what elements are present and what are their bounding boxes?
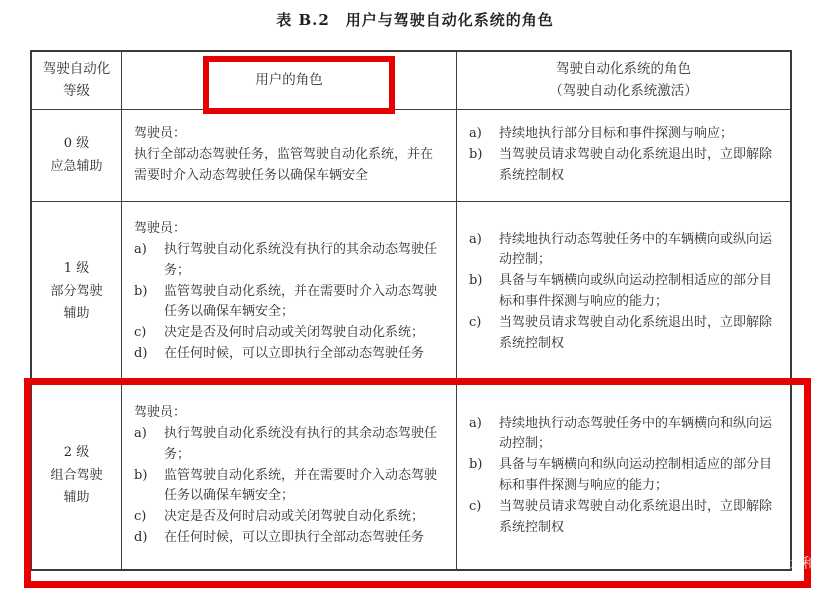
header-level-line1: 驾驶自动化 — [43, 59, 111, 81]
header-system-line1: 驾驶自动化系统的角色 — [556, 59, 691, 81]
item-text: 在任何时候，可以立即执行全部动态驾驶任务 — [164, 344, 442, 365]
item-text: 决定是否及何时启动或关闭驾驶自动化系统； — [164, 507, 442, 528]
item-label: b) — [134, 282, 164, 303]
list-item: b) 当驾驶员请求驾驶自动化系统退出时，立即解除系统控制权 — [469, 145, 776, 187]
list-item: d) 在任何时候，可以立即执行全部动态驾驶任务 — [134, 528, 442, 549]
item-text: 当驾驶员请求驾驶自动化系统退出时，立即解除系统控制权 — [499, 145, 776, 187]
list-item: a) 持续地执行动态驾驶任务中的车辆横向或纵向运动控制； — [469, 230, 776, 272]
table-title: 表 B.2 用户与驾驶自动化系统的角色 — [0, 9, 830, 30]
level0-label-cell: 0 级 应急辅助 — [32, 110, 122, 202]
header-user-label: 用户的角色 — [255, 70, 323, 92]
level2-line2: 组合驾驶 — [50, 465, 102, 488]
list-item: b) 具备与车辆横向或纵向运动控制相适应的部分目标和事件探测与响应的能力； — [469, 271, 776, 313]
item-text: 持续地执行动态驾驶任务中的车辆横向和纵向运动控制； — [499, 414, 776, 456]
level0-system-cell: a) 持续地执行部分目标和事件探测与响应； b) 当驾驶员请求驾驶自动化系统退出… — [457, 110, 790, 202]
list-item: a) 持续地执行动态驾驶任务中的车辆横向和纵向运动控制； — [469, 414, 776, 456]
roles-table: 驾驶自动化 等级 用户的角色 驾驶自动化系统的角色 （驾驶自动化系统激活） 0 … — [30, 50, 792, 571]
level1-line1: 1 级 — [64, 258, 89, 281]
item-label: c) — [469, 313, 499, 334]
list-item: d) 在任何时候，可以立即执行全部动态驾驶任务 — [134, 344, 442, 365]
level2-system-cell: a) 持续地执行动态驾驶任务中的车辆横向和纵向运动控制； b) 具备与车辆横向和… — [457, 383, 790, 569]
item-label: c) — [469, 497, 499, 518]
item-text: 持续地执行部分目标和事件探测与响应； — [499, 124, 776, 145]
item-label: a) — [469, 414, 499, 435]
item-label: b) — [469, 455, 499, 476]
item-text: 持续地执行动态驾驶任务中的车辆横向或纵向运动控制； — [499, 230, 776, 272]
level2-user-cell: 驾驶员： a) 执行驾驶自动化系统没有执行的其余动态驾驶任务； b) 监管驾驶自… — [122, 383, 457, 569]
header-cell-level: 驾驶自动化 等级 — [32, 52, 122, 110]
header-system-line2: （驾驶自动化系统激活） — [549, 81, 698, 103]
header-level-line2: 等级 — [63, 81, 90, 103]
level1-line2: 部分驾驶 — [50, 281, 102, 304]
level0-user-cell: 驾驶员： 执行全部动态驾驶任务，监管驾驶自动化系统，并在需要时介入动态驾驶任务以… — [122, 110, 457, 202]
level2-label-cell: 2 级 组合驾驶 辅助 — [32, 383, 122, 569]
item-text: 当驾驶员请求驾驶自动化系统退出时，立即解除系统控制权 — [499, 497, 776, 539]
list-item: c) 当驾驶员请求驾驶自动化系统退出时，立即解除系统控制权 — [469, 313, 776, 355]
item-label: d) — [134, 528, 164, 549]
header-cell-user: 用户的角色 — [122, 52, 457, 110]
item-text: 具备与车辆横向或纵向运动控制相适应的部分目标和事件探测与响应的能力； — [499, 271, 776, 313]
item-label: c) — [134, 323, 164, 344]
scanned-standard-page: 表 B.2 用户与驾驶自动化系统的角色 驾驶自动化 等级 用户的角色 驾驶自动化… — [0, 0, 830, 599]
item-text: 监管驾驶自动化系统，并在需要时介入动态驾驶任务以确保车辆安全； — [164, 282, 442, 324]
item-label: c) — [134, 507, 164, 528]
item-label: a) — [134, 424, 164, 445]
item-label: b) — [469, 145, 499, 166]
item-label: a) — [469, 230, 499, 251]
item-label: b) — [134, 466, 164, 487]
level1-user-cell: 驾驶员： a) 执行驾驶自动化系统没有执行的其余动态驾驶任务； b) 监管驾驶自… — [122, 202, 457, 383]
level1-label-cell: 1 级 部分驾驶 辅助 — [32, 202, 122, 383]
list-item: b) 监管驾驶自动化系统，并在需要时介入动态驾驶任务以确保车辆安全； — [134, 282, 442, 324]
list-item: c) 当驾驶员请求驾驶自动化系统退出时，立即解除系统控制权 — [469, 497, 776, 539]
item-text: 当驾驶员请求驾驶自动化系统退出时，立即解除系统控制权 — [499, 313, 776, 355]
list-item: b) 具备与车辆横向和纵向运动控制相适应的部分目标和事件探测与响应的能力； — [469, 455, 776, 497]
level1-line3: 辅助 — [63, 303, 89, 326]
level2-line3: 辅助 — [63, 487, 89, 510]
level1-user-heading: 驾驶员： — [134, 219, 442, 240]
item-label: a) — [134, 240, 164, 261]
level0-line1: 0 级 — [64, 133, 89, 156]
level2-line1: 2 级 — [64, 442, 89, 465]
item-label: a) — [469, 124, 499, 145]
level0-line2: 应急辅助 — [50, 156, 102, 179]
watermark-text: 大和 — [788, 553, 816, 573]
item-text: 监管驾驶自动化系统，并在需要时介入动态驾驶任务以确保车辆安全； — [164, 466, 442, 508]
list-item: c) 决定是否及何时启动或关闭驾驶自动化系统； — [134, 323, 442, 344]
list-item: a) 持续地执行部分目标和事件探测与响应； — [469, 124, 776, 145]
item-text: 具备与车辆横向和纵向运动控制相适应的部分目标和事件探测与响应的能力； — [499, 455, 776, 497]
item-text: 执行驾驶自动化系统没有执行的其余动态驾驶任务； — [164, 424, 442, 466]
header-cell-system: 驾驶自动化系统的角色 （驾驶自动化系统激活） — [457, 52, 790, 110]
level1-system-cell: a) 持续地执行动态驾驶任务中的车辆横向或纵向运动控制； b) 具备与车辆横向或… — [457, 202, 790, 383]
item-text: 在任何时候，可以立即执行全部动态驾驶任务 — [164, 528, 442, 549]
item-label: d) — [134, 344, 164, 365]
list-item: a) 执行驾驶自动化系统没有执行的其余动态驾驶任务； — [134, 424, 442, 466]
item-label: b) — [469, 271, 499, 292]
list-item: c) 决定是否及何时启动或关闭驾驶自动化系统； — [134, 507, 442, 528]
level0-user-text: 执行全部动态驾驶任务，监管驾驶自动化系统，并在需要时介入动态驾驶任务以确保车辆安… — [134, 145, 442, 187]
list-item: a) 执行驾驶自动化系统没有执行的其余动态驾驶任务； — [134, 240, 442, 282]
item-text: 执行驾驶自动化系统没有执行的其余动态驾驶任务； — [164, 240, 442, 282]
list-item: b) 监管驾驶自动化系统，并在需要时介入动态驾驶任务以确保车辆安全； — [134, 466, 442, 508]
level0-user-heading: 驾驶员： — [134, 124, 442, 145]
level2-user-heading: 驾驶员： — [134, 403, 442, 424]
item-text: 决定是否及何时启动或关闭驾驶自动化系统； — [164, 323, 442, 344]
